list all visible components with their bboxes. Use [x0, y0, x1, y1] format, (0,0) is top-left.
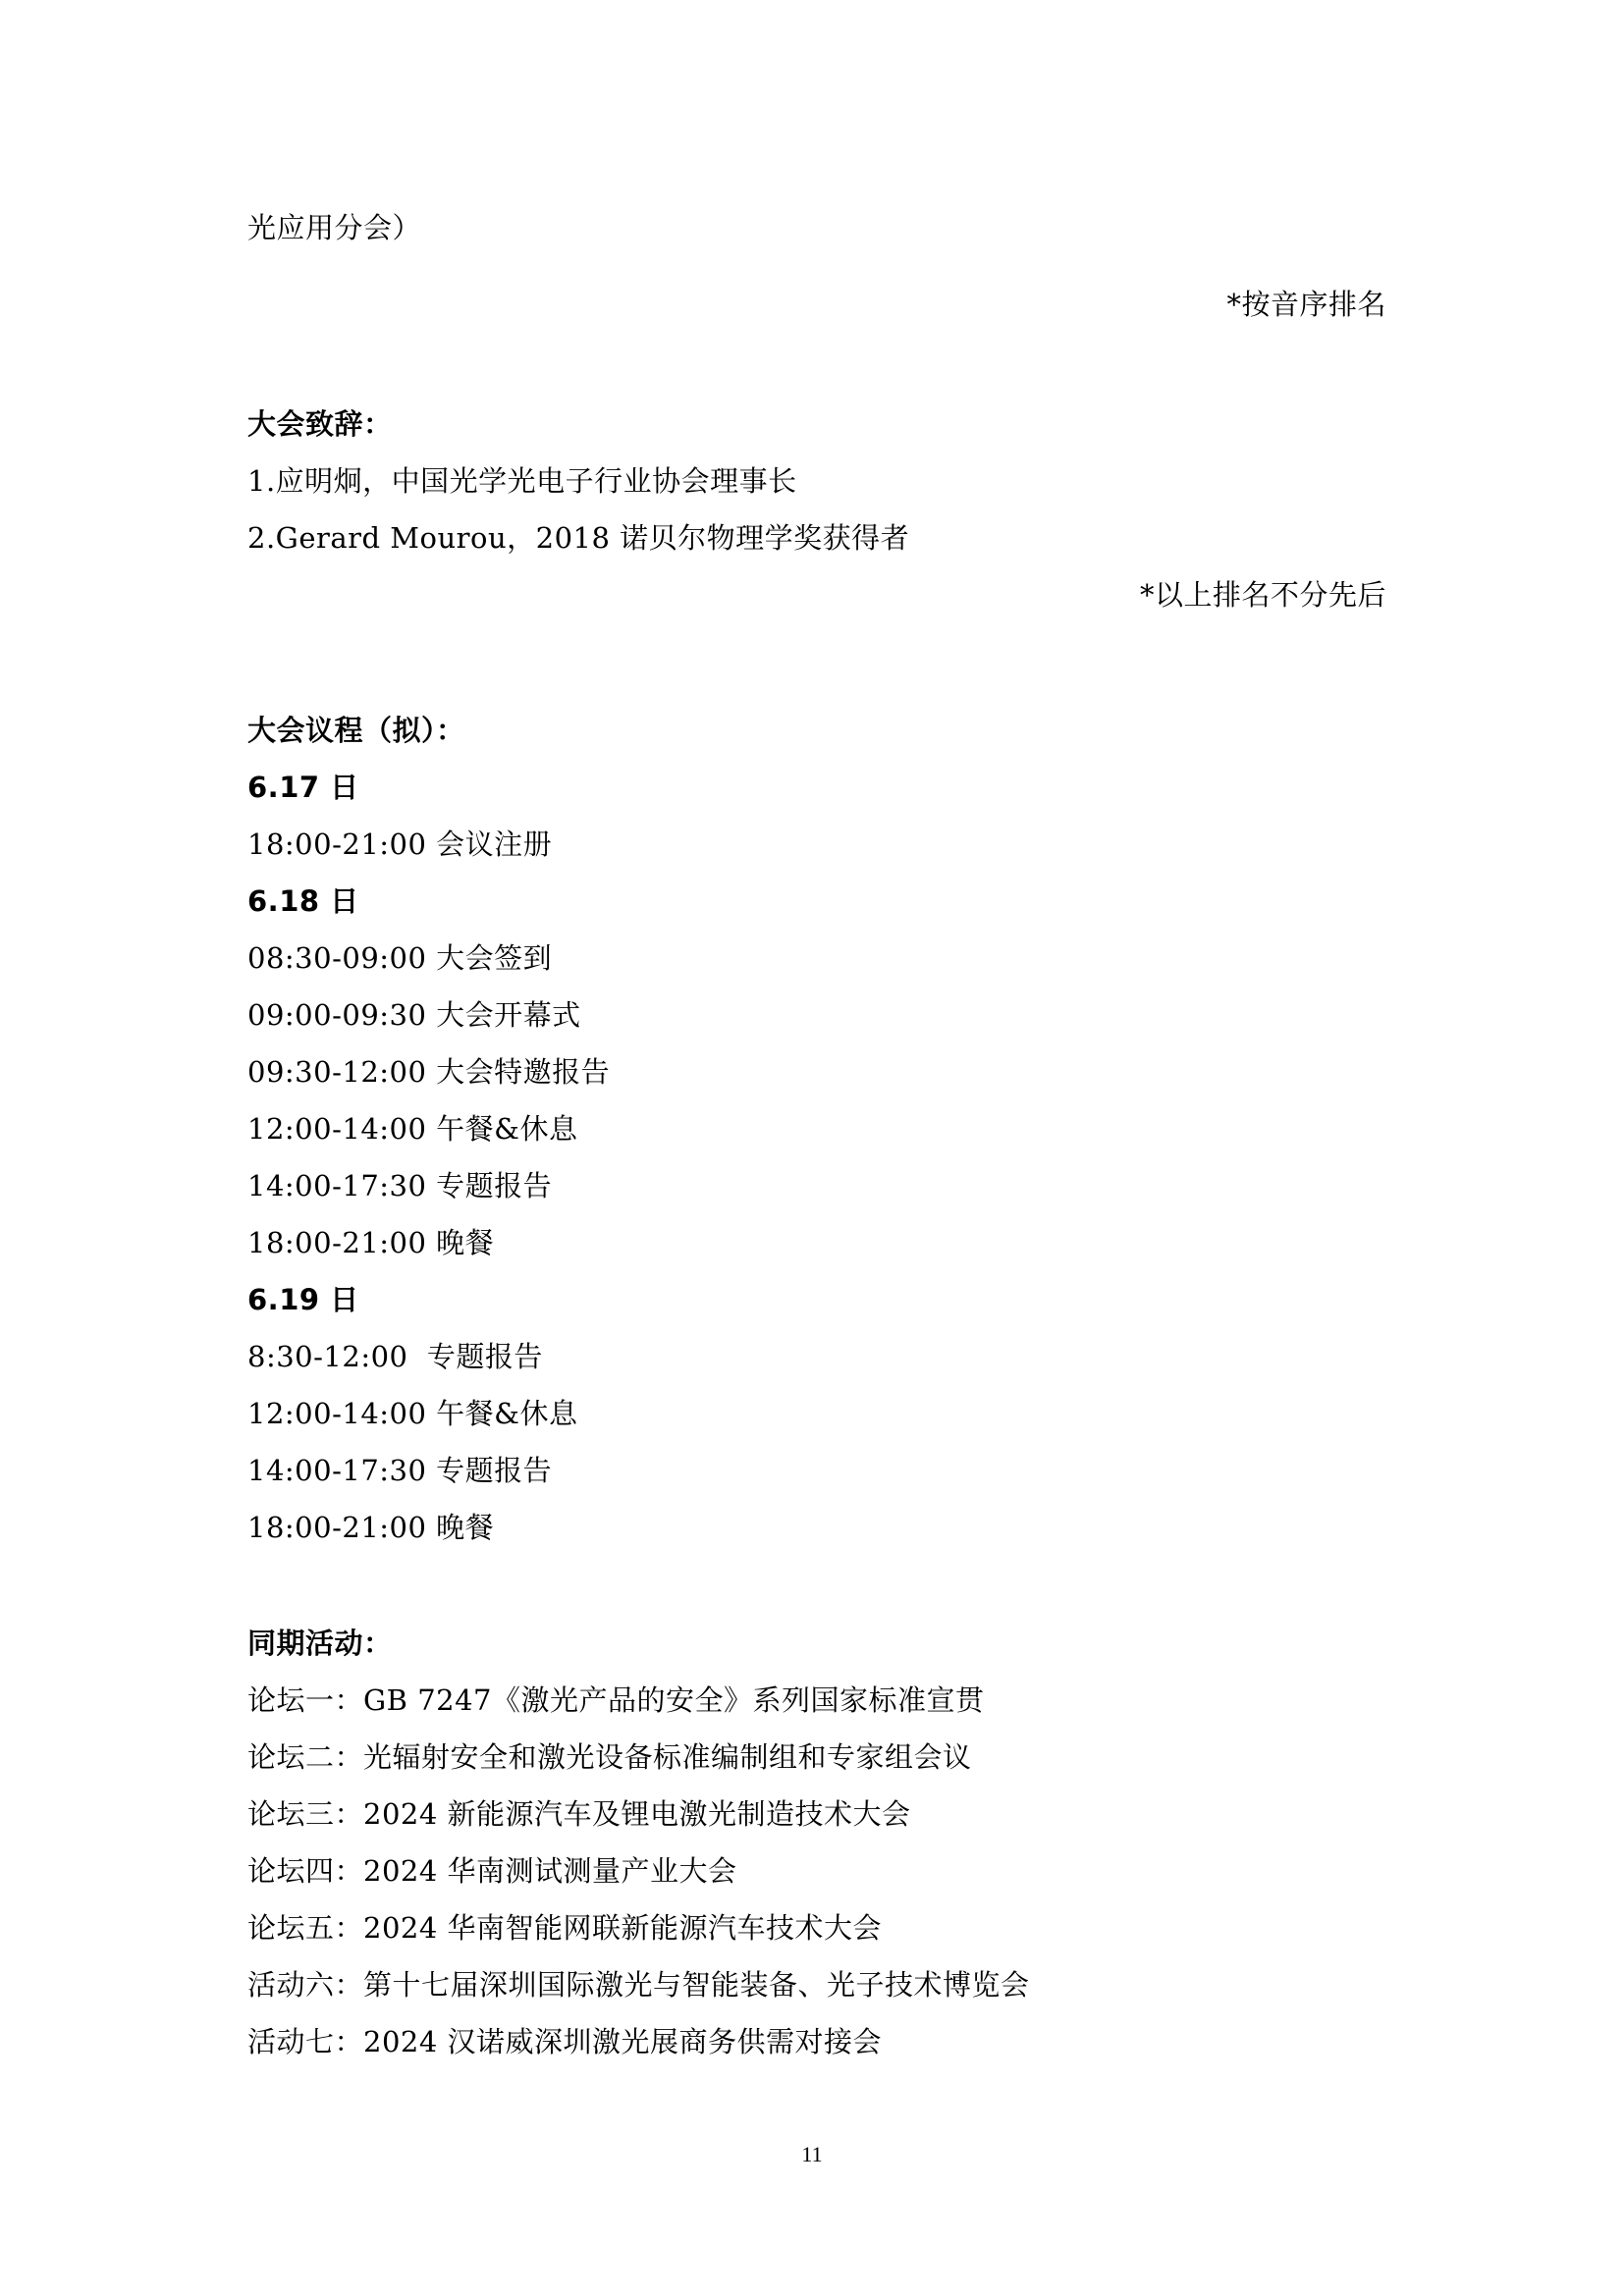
concurrent-activities-heading: 同期活动：	[247, 1624, 393, 1663]
agenda-session: 12:00-14:00 午餐&休息	[247, 1109, 577, 1148]
agenda-session: 09:30-12:00 大会特邀报告	[247, 1052, 610, 1092]
agenda-session: 8:30-12:00 专题报告	[247, 1337, 543, 1376]
activity-item: 论坛三：2024 新能源汽车及锂电激光制造技术大会	[247, 1794, 911, 1834]
agenda-session: 14:00-17:30 专题报告	[247, 1166, 552, 1205]
document-page: 光应用分会） *按音序排名 大会致辞： 1.应明炯，中国光学光电子行业协会理事长…	[0, 0, 1624, 2296]
speeches-heading: 大会致辞：	[247, 404, 393, 444]
activity-item: 活动六：第十七届深圳国际激光与智能装备、光子技术博览会	[247, 1965, 1030, 2004]
agenda-date: 6.19 日	[247, 1280, 359, 1319]
speech-item: 2.Gerard Mourou，2018 诺贝尔物理学奖获得者	[247, 518, 909, 558]
activity-item: 论坛四：2024 华南测试测量产业大会	[247, 1851, 737, 1891]
agenda-date: 6.17 日	[247, 768, 359, 807]
speech-item: 1.应明炯，中国光学光电子行业协会理事长	[247, 461, 797, 501]
agenda-session: 18:00-21:00 晚餐	[247, 1508, 494, 1547]
activity-item: 论坛二：光辐射安全和激光设备标准编制组和专家组会议	[247, 1737, 972, 1777]
activity-item: 活动七：2024 汉诺威深圳激光展商务供需对接会	[247, 2022, 882, 2061]
agenda-session: 09:00-09:30 大会开幕式	[247, 995, 581, 1035]
ranking-note: *以上排名不分先后	[1140, 575, 1386, 614]
agenda-session: 18:00-21:00 晚餐	[247, 1223, 494, 1262]
agenda-session: 14:00-17:30 专题报告	[247, 1451, 552, 1490]
sort-order-note: *按音序排名	[1226, 285, 1386, 324]
activity-item: 论坛五：2024 华南智能网联新能源汽车技术大会	[247, 1908, 882, 1948]
page-number: 11	[0, 2140, 1624, 2169]
agenda-date: 6.18 日	[247, 881, 359, 921]
agenda-session: 08:30-09:00 大会签到	[247, 938, 552, 978]
agenda-heading: 大会议程（拟）：	[247, 711, 465, 750]
agenda-session: 18:00-21:00 会议注册	[247, 825, 552, 864]
intro-continuation-text: 光应用分会）	[247, 208, 421, 247]
activity-item: 论坛一：GB 7247《激光产品的安全》系列国家标准宣贯	[247, 1681, 985, 1720]
agenda-session: 12:00-14:00 午餐&休息	[247, 1394, 577, 1433]
